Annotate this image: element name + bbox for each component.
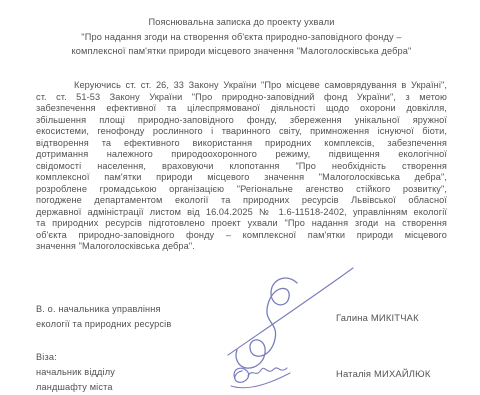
body-line: відтворення та ефективного використання … bbox=[36, 138, 447, 150]
document-title: Пояснювальна записка до проекту ухвали "… bbox=[36, 15, 447, 59]
body-line: збільшення площі природно-заповідного фо… bbox=[36, 115, 447, 127]
visa-role-line: ландшафту міста bbox=[36, 380, 115, 395]
officer-role: В. о. начальника управління екології та … bbox=[36, 302, 171, 332]
body-line: об'єкта природно-заповідного фонду – ком… bbox=[36, 230, 447, 242]
body-line: свідомості населення, враховуючи клопота… bbox=[36, 161, 447, 173]
officer-role-line: В. о. начальника управління bbox=[36, 302, 171, 317]
officer-name: Галина МИКІТЧАК bbox=[336, 312, 419, 323]
title-line: комплексної пам'ятки природи місцевого з… bbox=[36, 44, 447, 59]
body-line: розроблене громадською організацією "Рег… bbox=[36, 184, 447, 196]
body-line: та природних ресурсів підготовлено проек… bbox=[36, 218, 447, 230]
officer-role-line: екології та природних ресурсів bbox=[36, 317, 171, 332]
visa-name: Наталія МИХАЙЛЮК bbox=[336, 368, 431, 379]
body-line: комплексної пам'ятки природи місцевого з… bbox=[36, 172, 447, 184]
visa-label: Віза: bbox=[36, 350, 115, 365]
body-paragraph: Керуючись ст. ст. 26, 33 Закону України … bbox=[36, 80, 447, 253]
body-line: погоджене департаментом екології та прир… bbox=[36, 195, 447, 207]
body-line: значення "Малоголосківська дебра". bbox=[36, 241, 447, 253]
body-line: Керуючись ст. ст. 26, 33 Закону України … bbox=[36, 80, 447, 92]
visa-role-line: начальник відділу bbox=[36, 365, 115, 380]
body-line: державної адміністрації листом від 16.04… bbox=[36, 207, 447, 219]
title-line: Пояснювальна записка до проекту ухвали bbox=[36, 15, 447, 30]
document-page: Пояснювальна записка до проекту ухвали "… bbox=[0, 0, 480, 395]
body-line: забезпечення ефективної та цілеспрямован… bbox=[36, 103, 447, 115]
title-line: "Про надання згоди на створення об'єкта … bbox=[36, 30, 447, 45]
body-line: ст. ст. 51-53 Закону України "Про природ… bbox=[36, 92, 447, 104]
handwritten-signature-icon bbox=[228, 268, 353, 368]
body-line: дотримання належного природоохоронного р… bbox=[36, 149, 447, 161]
visa-block: Віза: начальник відділу ландшафту міста bbox=[36, 350, 115, 395]
body-line: екосистеми, генофонду рослинного і твари… bbox=[36, 126, 447, 138]
handwritten-initials-icon bbox=[231, 368, 290, 388]
